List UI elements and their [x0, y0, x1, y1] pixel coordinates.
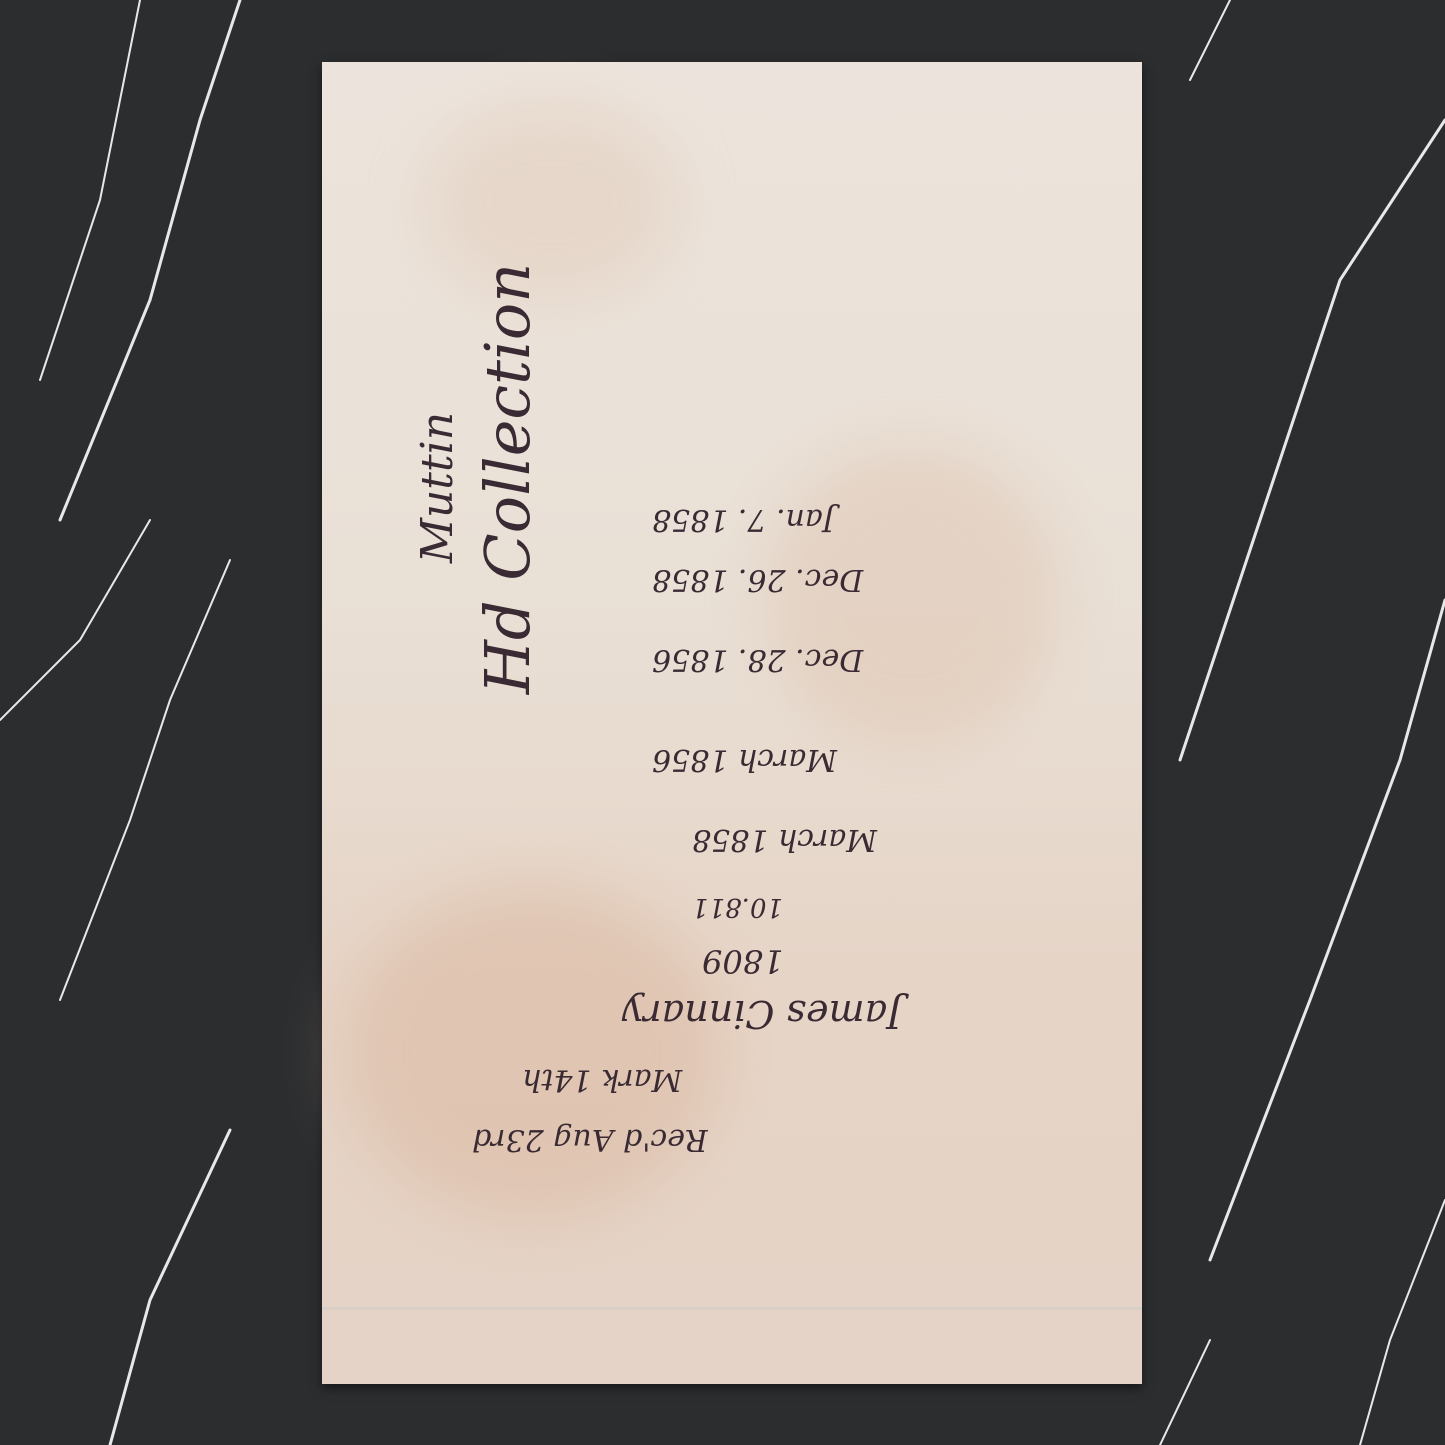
handwriting-row: March 1856	[652, 742, 837, 777]
handwriting-row: Mark 14th	[522, 1062, 682, 1097]
handwriting-row: 10.811	[692, 892, 783, 922]
handwriting-row: 1809	[702, 942, 783, 980]
fabric-panel: Hd Collection Muttin Jan. 7. 1858 Dec. 2…	[322, 62, 1142, 1384]
handwriting-left: Muttin	[412, 412, 463, 563]
handwriting-row: March 1858	[692, 822, 877, 857]
handwriting-row: James Cinnary	[622, 992, 902, 1036]
handwriting-row: Dec. 26. 1858	[652, 562, 863, 597]
fabric-fold	[322, 1307, 1142, 1310]
handwriting-row: Jan. 7. 1858	[652, 502, 835, 537]
handwriting-row: Rec'd Aug 23rd	[472, 1122, 708, 1157]
handwriting-row: Dec. 28. 1856	[652, 642, 863, 677]
handwriting-left: Hd Collection	[471, 263, 544, 694]
